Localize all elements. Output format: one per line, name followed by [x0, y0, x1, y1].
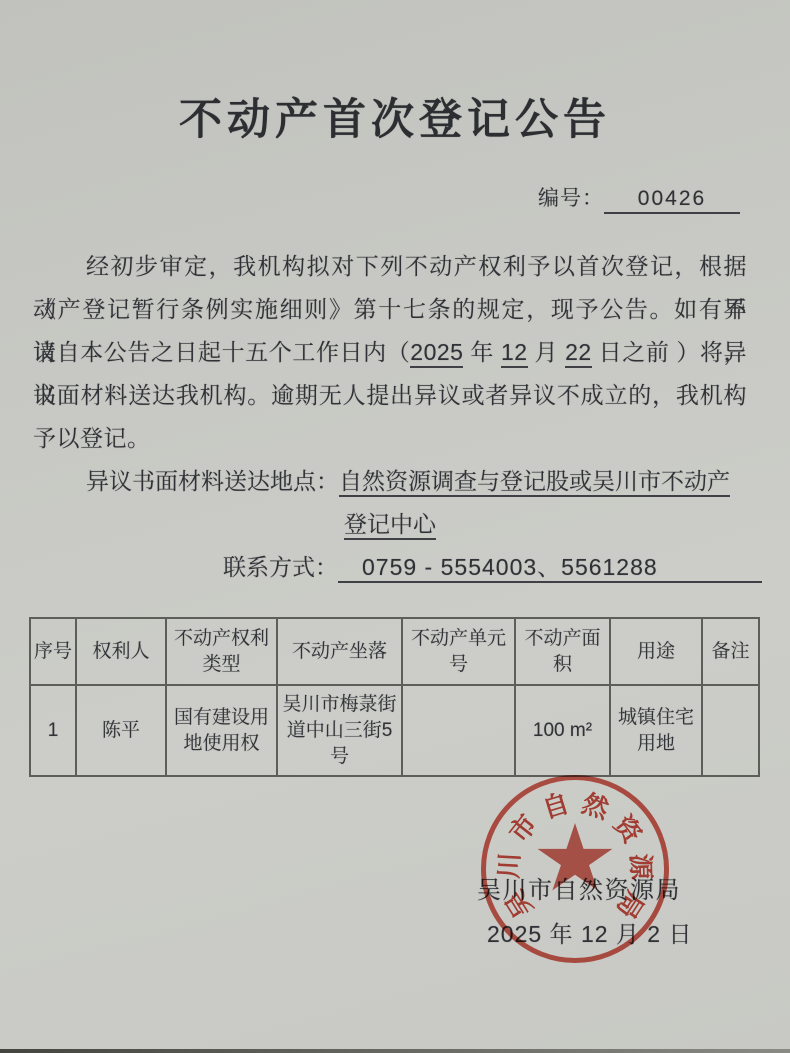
seal-character: 吴	[500, 885, 539, 924]
deadline-month-unit: 月	[528, 339, 566, 365]
seal-character: 源	[626, 852, 655, 881]
page-title: 不动产首次登记公告	[0, 86, 790, 147]
header-right-type: 不动产权利类型	[166, 618, 277, 685]
delivery-location-continuation: 登记中心	[33, 503, 747, 546]
contact-line: 联系方式：0759 - 5554003、5561288	[33, 546, 747, 589]
table-row: 1 陈平 国有建设用地使用权 吴川市梅菉街道中山三街5号 100 m² 城镇住宅…	[30, 685, 759, 776]
seal-character: 川	[494, 851, 523, 880]
body-line-4: 书面材料送达我机构。逾期无人提出异议或者异议不成立的，我机构	[33, 374, 747, 417]
body-line-3: 请自本公告之日起十五个工作日内（2025 年 12 月 22 日之前 ）将异议	[33, 331, 747, 374]
contact-label: 联系方式：	[223, 554, 338, 580]
seal-character: 市	[503, 809, 542, 848]
announcement-document: 不动产首次登记公告 编号：00426 经初步审定，我机构拟对下列不动产权利予以首…	[0, 0, 790, 1053]
header-unit-number: 不动产单元号	[402, 618, 515, 685]
header-usage: 用途	[610, 618, 702, 685]
header-location: 不动产坐落	[277, 618, 402, 685]
header-seq: 序号	[30, 618, 76, 685]
cell-area: 100 m²	[515, 685, 610, 776]
delivery-location-line: 异议书面材料送达地点：自然资源调查与登记股或吴川市不动产	[33, 460, 747, 503]
deadline-month: 12	[501, 339, 528, 368]
seal-character: 然	[578, 789, 613, 824]
cell-remarks	[702, 685, 759, 776]
body-line-5: 予以登记。	[33, 417, 747, 460]
delivery-location-label: 异议书面材料送达地点：	[86, 468, 339, 494]
registration-table: 序号 权利人 不动产权利类型 不动产坐落 不动产单元号 不动产面积 用途 备注 …	[29, 617, 760, 777]
seal-character: 自	[538, 788, 573, 823]
serial-value: 00426	[604, 187, 740, 214]
deadline-prefix: 请自本公告之日起十五个工作日内（	[33, 339, 410, 365]
serial-label: 编号：	[538, 187, 604, 210]
cell-seq: 1	[30, 685, 76, 776]
body-paragraph: 经初步审定，我机构拟对下列不动产权利予以首次登记，根据《不 动产登记暂行条例实施…	[33, 245, 747, 460]
header-area: 不动产面积	[515, 618, 610, 685]
serial-number-line: 编号：00426	[0, 182, 790, 214]
header-remarks: 备注	[702, 618, 759, 685]
deadline-year-unit: 年	[463, 339, 501, 365]
delivery-location-value: 自然资源调查与登记股或吴川市不动产	[339, 468, 730, 497]
header-holder: 权利人	[76, 618, 166, 685]
table-header-row: 序号 权利人 不动产权利类型 不动产坐落 不动产单元号 不动产面积 用途 备注	[30, 618, 759, 685]
seal-star-icon	[536, 823, 614, 897]
deadline-year: 2025	[410, 339, 463, 368]
official-seal: 吴 川 市 自 然 资 源 局	[481, 775, 669, 963]
seal-character: 资	[608, 810, 647, 849]
body-line-2: 动产登记暂行条例实施细则》第十七条的规定，现予公告。如有异议，	[33, 288, 747, 331]
seal-character: 局	[611, 886, 650, 925]
cell-unit-number	[402, 685, 515, 776]
body-line-1: 经初步审定，我机构拟对下列不动产权利予以首次登记，根据《不	[33, 245, 747, 288]
cell-usage: 城镇住宅用地	[610, 685, 702, 776]
cell-location: 吴川市梅菉街道中山三街5号	[277, 685, 402, 776]
cell-right-type: 国有建设用地使用权	[166, 685, 277, 776]
delivery-location-value-2: 登记中心	[344, 511, 436, 540]
paper-bottom-edge	[0, 1049, 790, 1053]
deadline-day: 22	[565, 339, 592, 368]
cell-holder: 陈平	[76, 685, 166, 776]
contact-value: 0759 - 5554003、5561288	[338, 554, 762, 583]
